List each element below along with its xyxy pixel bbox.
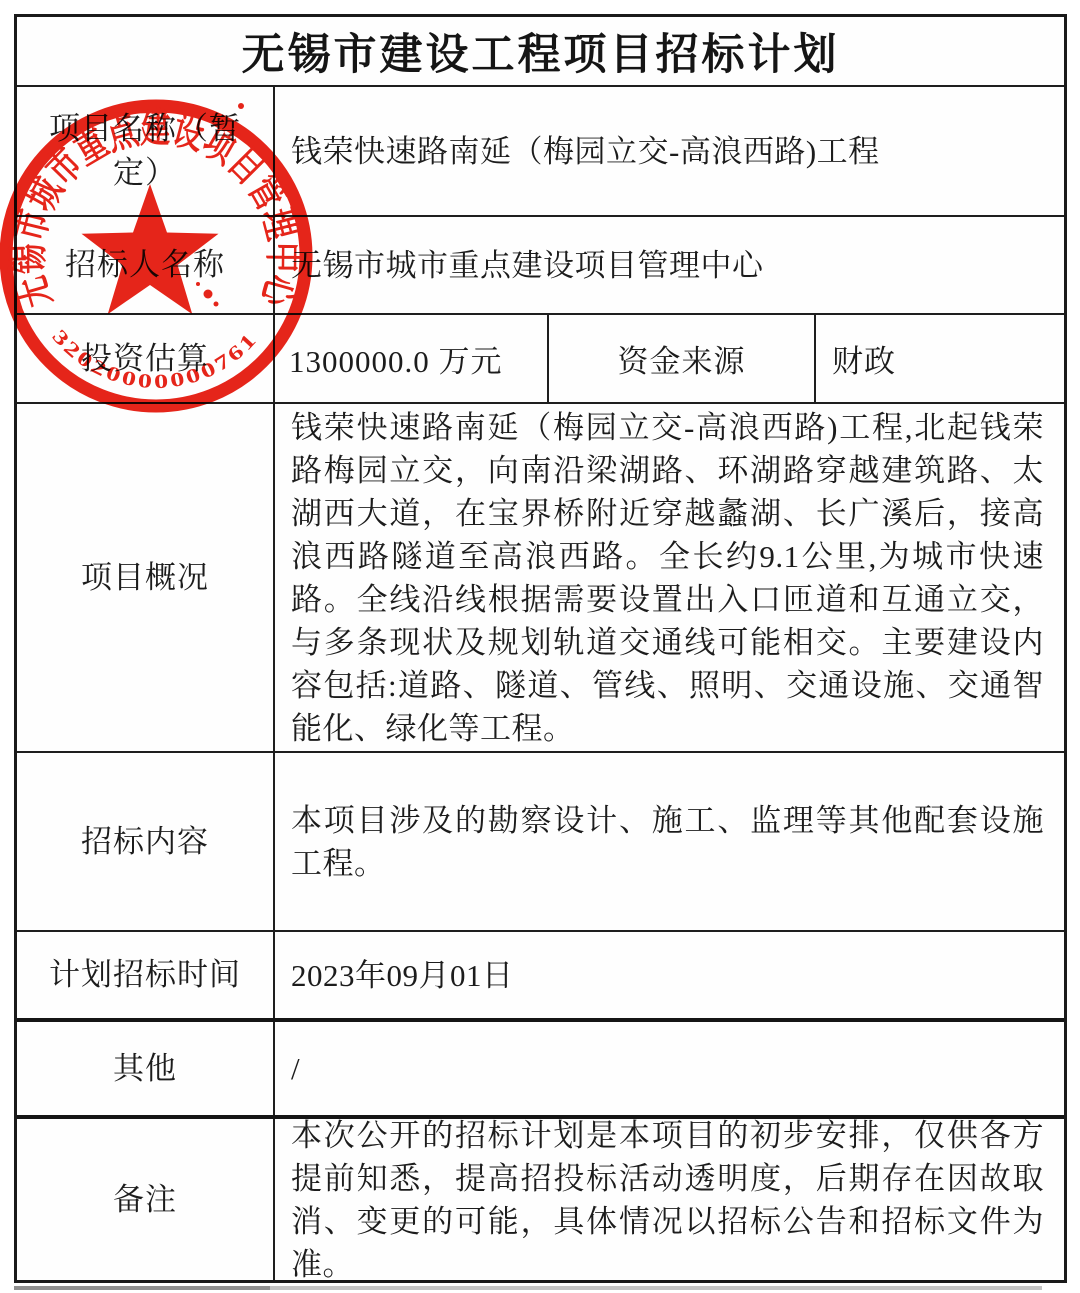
remarks-text: 本次公开的招标计划是本项目的初步安排，仅供各方提前知悉，提高招投标活动透明度，后…	[291, 1114, 1044, 1286]
table-row-overview: 项目概况 钱荣快速路南延（梅园立交-高浪西路)工程,北起钱荣路梅园立交，向南沿梁…	[17, 402, 1064, 751]
value-tender-date: 2023年09月01日	[275, 932, 1064, 1018]
overview-text: 钱荣快速路南延（梅园立交-高浪西路)工程,北起钱荣路梅园立交，向南沿梁湖路、环湖…	[291, 406, 1044, 750]
value-tenderer: 无锡市城市重点建设项目管理中心	[275, 217, 1064, 313]
scan-shadow-right	[270, 1286, 1042, 1290]
project-name-text: 钱荣快速路南延（梅园立交-高浪西路)工程	[291, 130, 880, 173]
label-investment: 投资估算	[17, 315, 275, 402]
label-tender-content: 招标内容	[17, 753, 275, 930]
label-other: 其他	[17, 1022, 275, 1115]
other-text: /	[291, 1047, 300, 1090]
label-tender-date: 计划招标时间	[17, 932, 275, 1018]
value-other: /	[275, 1022, 1064, 1115]
value-remarks: 本次公开的招标计划是本项目的初步安排，仅供各方提前知悉，提高招投标活动透明度，后…	[275, 1119, 1064, 1280]
table-row-tender-date: 计划招标时间 2023年09月01日	[17, 930, 1064, 1018]
table-row-remarks: 备注 本次公开的招标计划是本项目的初步安排，仅供各方提前知悉，提高招投标活动透明…	[17, 1115, 1064, 1280]
label-project-name: 项目名称（暂定）	[17, 87, 275, 215]
table-title-row: 无锡市建设工程项目招标计划	[17, 17, 1064, 85]
table-row-other: 其他 /	[17, 1018, 1064, 1115]
label-overview: 项目概况	[17, 404, 275, 751]
tenderer-text: 无锡市城市重点建设项目管理中心	[291, 244, 764, 287]
value-overview: 钱荣快速路南延（梅园立交-高浪西路)工程,北起钱荣路梅园立交，向南沿梁湖路、环湖…	[275, 404, 1064, 751]
tender-date-text: 2023年09月01日	[291, 954, 514, 997]
label-fund-source: 资金来源	[549, 315, 816, 402]
value-investment: 1300000.0 万元	[275, 315, 549, 402]
scan-shadow-left	[14, 1286, 270, 1290]
table-row-investment: 投资估算 1300000.0 万元 资金来源 财政	[17, 313, 1064, 402]
label-remarks: 备注	[17, 1119, 275, 1280]
value-fund-source: 财政	[816, 315, 1064, 402]
table-row-tender-content: 招标内容 本项目涉及的勘察设计、施工、监理等其他配套设施工程。	[17, 751, 1064, 930]
page-title: 无锡市建设工程项目招标计划	[242, 21, 840, 82]
value-tender-content: 本项目涉及的勘察设计、施工、监理等其他配套设施工程。	[275, 753, 1064, 930]
tender-content-text: 本项目涉及的勘察设计、施工、监理等其他配套设施工程。	[291, 799, 1044, 885]
tender-plan-table: 无锡市建设工程项目招标计划 项目名称（暂定） 钱荣快速路南延（梅园立交-高浪西路…	[14, 14, 1067, 1283]
table-row-tenderer: 招标人名称 无锡市城市重点建设项目管理中心	[17, 215, 1064, 313]
value-project-name: 钱荣快速路南延（梅园立交-高浪西路)工程	[275, 87, 1064, 215]
table-row-project-name: 项目名称（暂定） 钱荣快速路南延（梅园立交-高浪西路)工程	[17, 85, 1064, 215]
label-tenderer: 招标人名称	[17, 217, 275, 313]
